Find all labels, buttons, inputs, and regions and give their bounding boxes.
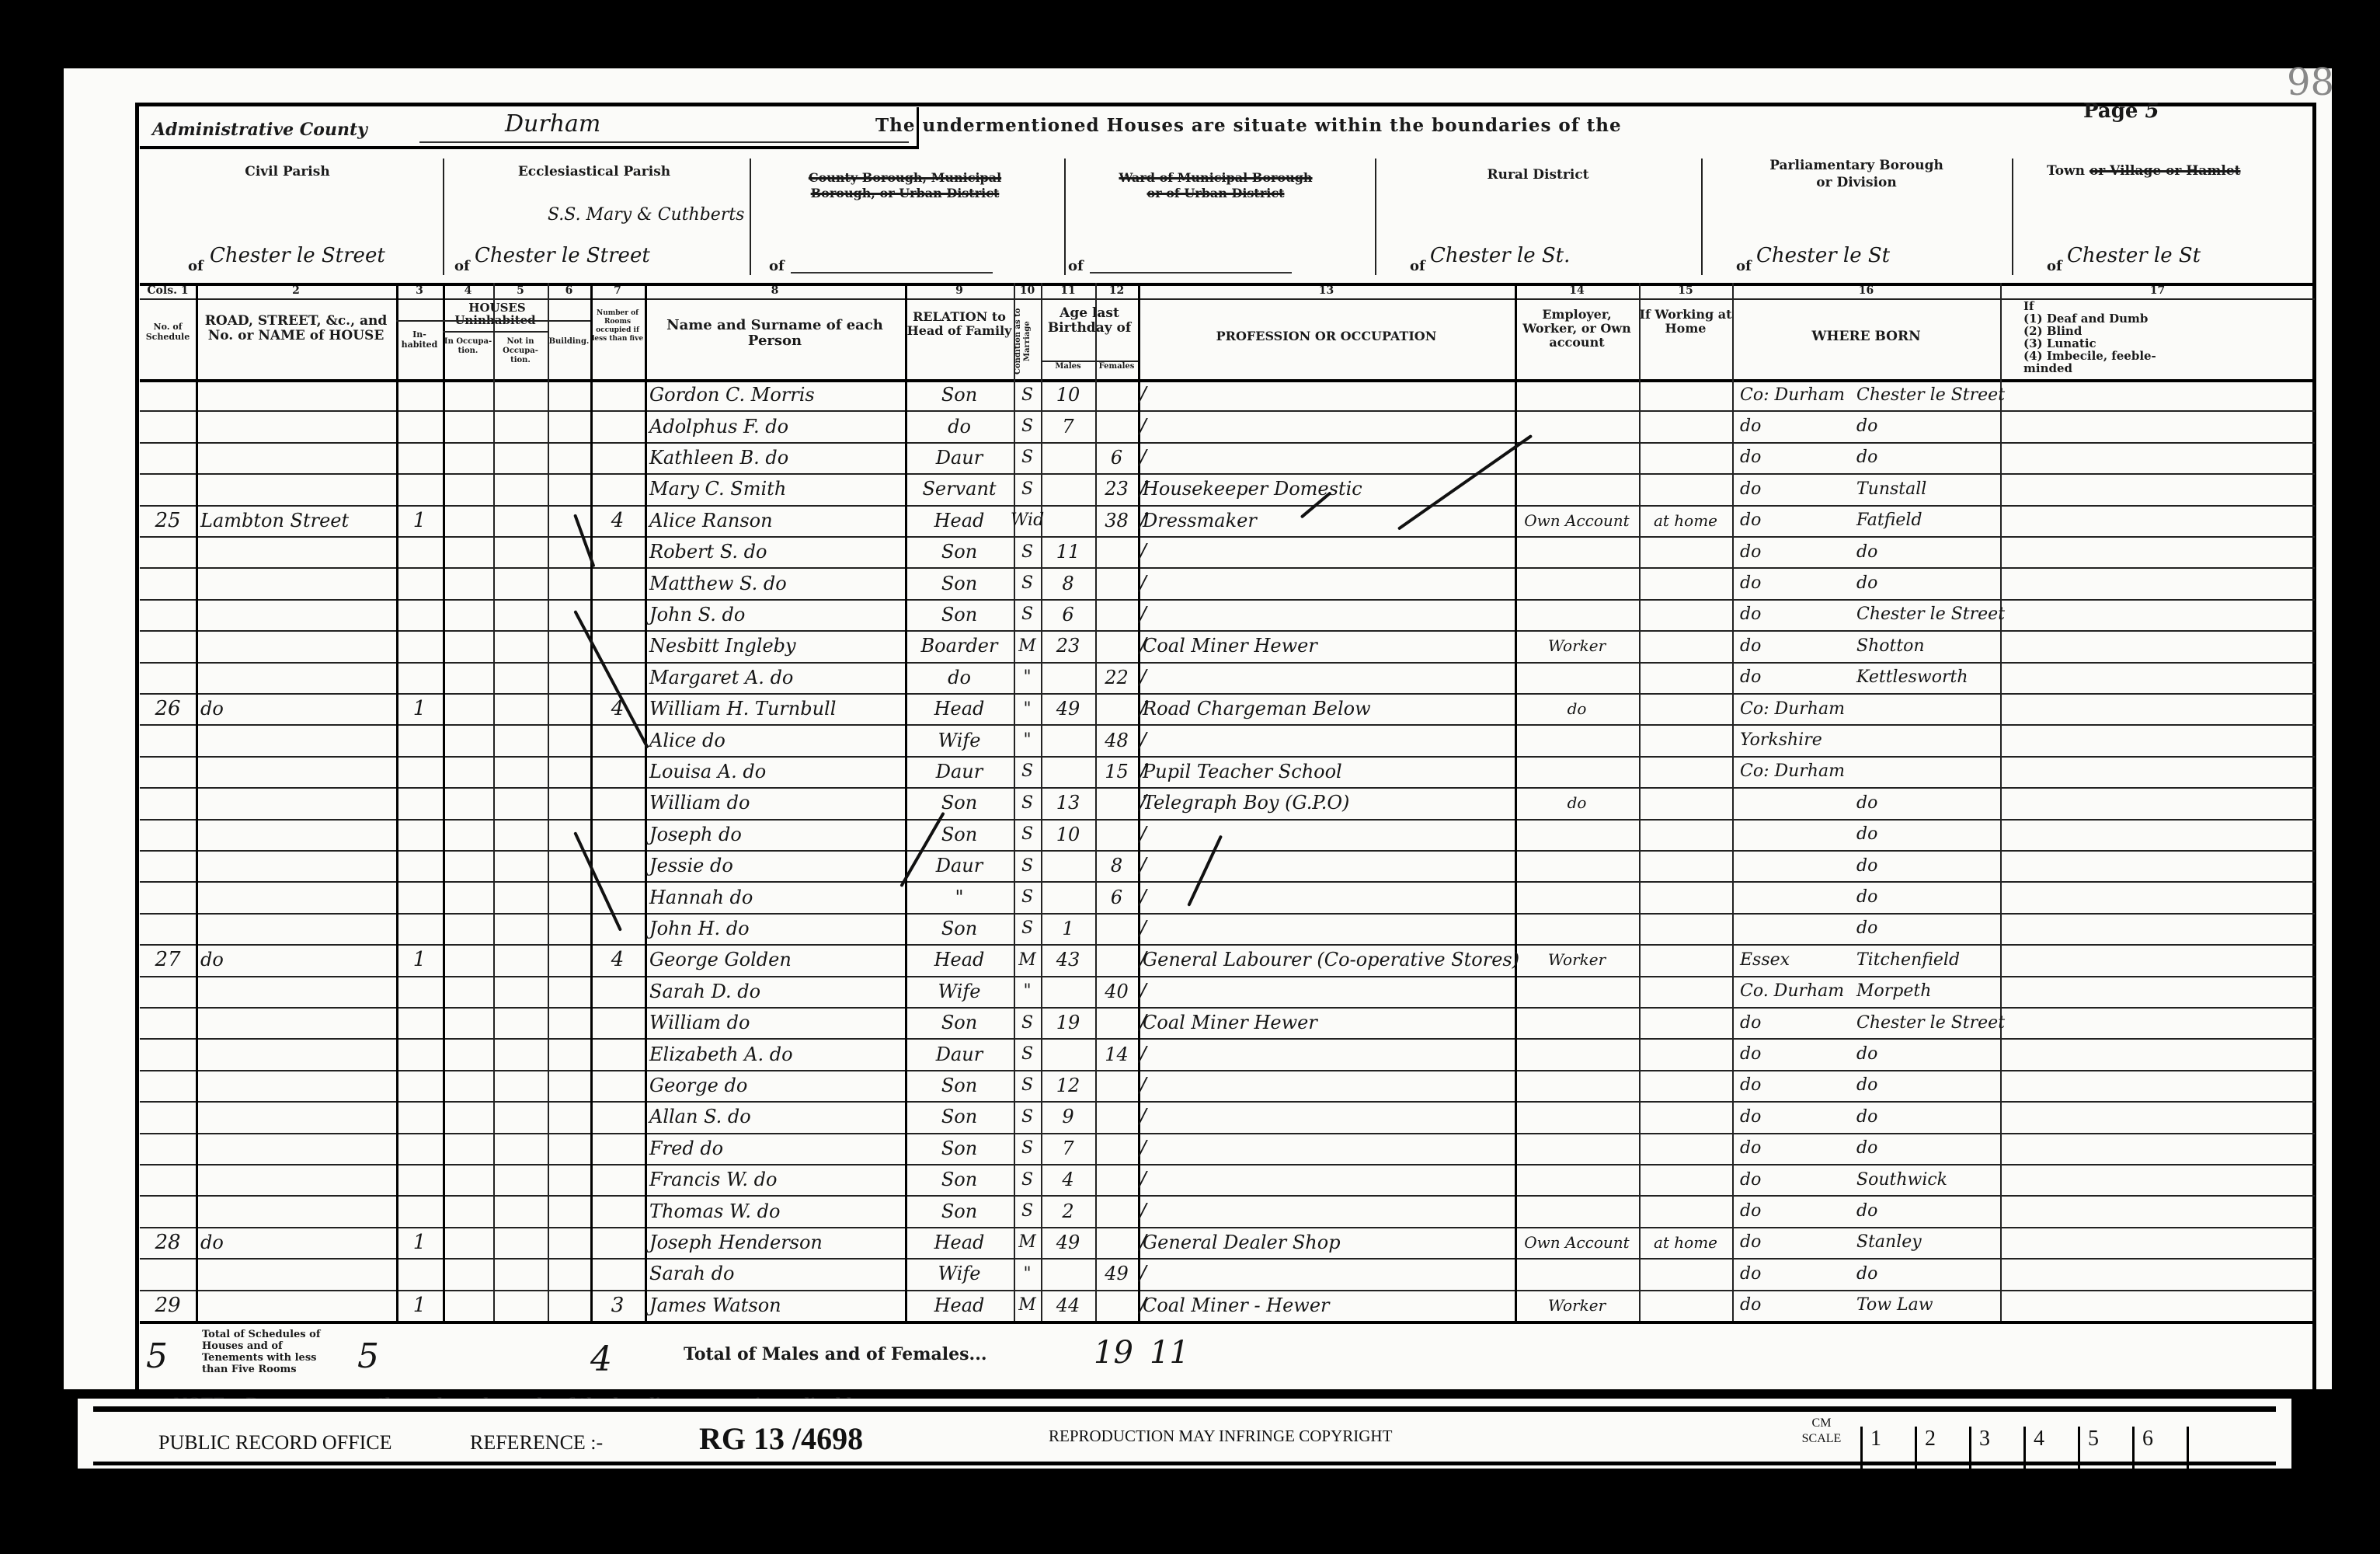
cell-name: Francis W. do [649,1164,900,1195]
cell-address [200,1133,391,1164]
cell-condition: S [1018,1195,1036,1226]
header-c10: Condition as to Marriage [1014,306,1041,376]
cell-born-county: do [1740,662,1856,693]
scale-mark: 1 [1860,1427,1915,1475]
cell-name: Alice do [649,724,900,755]
table-row: Francis W. doSonS4/doSouthwick [140,1164,2315,1195]
table-row: Mary C. SmithServantS23Housekeeper Domes… [140,473,2315,504]
cell-age-m [1046,442,1091,473]
cell-condition: S [1018,473,1036,504]
cell-inhabited [401,567,438,598]
tick-mark: / [1140,881,1150,912]
cell-address [200,976,391,1007]
cell-at-home [1644,693,1728,724]
cell-schedule [144,1133,191,1164]
females-total: 11 [1150,1335,1189,1371]
cell-age-f: 6 [1100,881,1133,912]
cell-born-place: do [1856,567,2004,598]
cell-schedule [144,724,191,755]
header-c13: PROFESSION OR OCCUPATION [1138,329,1515,343]
cell-address: Lambton Street [200,505,391,536]
cell-name: Margaret A. do [649,662,900,693]
cell-address [200,756,391,787]
cell-condition: S [1018,536,1036,567]
cell-at-home [1644,442,1728,473]
table-row: 27do14George GoldenHeadM43General Labour… [140,944,2315,975]
cell-inhabited [401,536,438,567]
cell-born-place: do [1856,881,2004,912]
tick-mark: / [1140,850,1150,881]
cell-age-f [1100,1133,1133,1164]
cell-condition: S [1018,787,1036,818]
page-number-label: Page [2083,99,2138,123]
cell-born-place: Tunstall [1856,473,2004,504]
cell-age-f [1100,819,1133,850]
cell-at-home [1644,1007,1728,1038]
cell-inhabited [401,1258,438,1289]
cell-born-place: do [1856,442,2004,473]
cell-condition: Wid [1018,505,1036,536]
cell-born-county: do [1740,1164,1856,1195]
cell-condition: " [1018,1258,1036,1289]
cell-condition: S [1018,756,1036,787]
cell-born-county: do [1740,1070,1856,1101]
cell-at-home: at home [1644,505,1728,536]
cell-age-f: 48 [1100,724,1133,755]
cell-occupation [1143,599,1510,630]
cell-relation: Daur [910,442,1009,473]
cell-born-county: do [1740,473,1856,504]
admin-county-value: Durham [505,110,600,138]
cell-name: Alice Ranson [649,505,900,536]
cell-address [200,410,391,441]
header-c8: Name and Surname of each Person [645,318,905,349]
tick-mark: / [1140,505,1150,536]
cell-rooms: 4 [595,505,640,536]
cell-age-m [1046,1258,1091,1289]
footer-copyright: REPRODUCTION MAY INFRINGE COPYRIGHT [1049,1427,1392,1446]
cell-schedule [144,881,191,912]
cell-condition: S [1018,1133,1036,1164]
cell-age-m: 19 [1046,1007,1091,1038]
cell-name: Sarah D. do [649,976,900,1007]
ecclesiastical-parish-field: Ecclesiastical Parish S.S. Mary & Cuthbe… [447,149,742,283]
cell-born-county: Essex [1740,944,1856,975]
column-number: 16 [1732,284,2000,297]
cell-schedule [144,630,191,661]
header-c5: Not in Occupa-tion. [493,337,548,365]
cell-born-county: do [1740,410,1856,441]
cell-condition: S [1018,599,1036,630]
tick-mark: / [1140,756,1150,787]
tick-mark: / [1140,473,1150,504]
cell-age-m: 7 [1046,1133,1091,1164]
cell-age-m: 10 [1046,379,1091,410]
tick-mark: / [1140,913,1150,944]
cell-address [200,1070,391,1101]
table-row: Adolphus F. dodoS7/dodo [140,410,2315,441]
cell-rooms [595,442,640,473]
cell-employer: Worker [1519,1290,1634,1321]
cell-at-home [1644,536,1728,567]
cell-name: Sarah do [649,1258,900,1289]
cell-age-m [1046,473,1091,504]
cell-born-place [1856,756,2004,787]
cell-schedule [144,1195,191,1226]
cell-employer [1519,724,1634,755]
table-row: George doSonS12/dodo [140,1070,2315,1101]
cell-condition: S [1018,1007,1036,1038]
cell-born-county: Co: Durham [1740,379,1856,410]
folio-stamp: 98 [2287,61,2334,104]
cell-age-m [1046,756,1091,787]
header-c11_12: Age last Birthday of [1041,306,1138,336]
column-number: 5 [493,284,548,297]
rule-line [140,283,2315,286]
tick-mark: / [1140,599,1150,630]
cell-address [200,442,391,473]
cell-age-m: 10 [1046,819,1091,850]
cell-employer [1519,567,1634,598]
cell-condition: " [1018,693,1036,724]
persons-total-label: Total of Males and of Females... [684,1344,987,1364]
cell-occupation [1143,1101,1510,1132]
cell-at-home [1644,1133,1728,1164]
county-borough-field: County Borough, Municipal Borough, or Ur… [753,149,1056,283]
cell-rooms [595,536,640,567]
cell-occupation: Dressmaker [1143,505,1510,536]
cell-relation: Daur [910,1038,1009,1069]
cell-relation: Daur [910,756,1009,787]
cell-occupation [1143,724,1510,755]
column-number: 6 [548,284,590,297]
cell-employer [1519,913,1634,944]
cell-address [200,379,391,410]
cell-occupation [1143,819,1510,850]
cell-at-home [1644,913,1728,944]
cell-condition: S [1018,819,1036,850]
cell-rooms [595,819,640,850]
table-row: William doSonS19Coal Miner Hewer/doChest… [140,1007,2315,1038]
cell-inhabited [401,599,438,630]
cell-inhabited [401,850,438,881]
cell-name: William do [649,787,900,818]
column-number: 4 [443,284,493,297]
cell-inhabited [401,662,438,693]
cell-relation: Boarder [910,630,1009,661]
inhabited-total: 5 [357,1336,379,1376]
cell-occupation [1143,1195,1510,1226]
cell-occupation [1143,442,1510,473]
cell-inhabited: 1 [401,693,438,724]
cell-born-county [1740,819,1856,850]
cell-relation: Servant [910,473,1009,504]
cell-inhabited [401,1007,438,1038]
cell-inhabited [401,1038,438,1069]
tick-mark: / [1140,787,1150,818]
cell-occupation: Road Chargeman Below [1143,693,1510,724]
scale-mark: 6 [2132,1427,2187,1475]
cell-at-home [1644,1038,1728,1069]
cell-age-f [1100,536,1133,567]
cell-address [200,1038,391,1069]
cell-rooms [595,756,640,787]
cell-born-place [1856,693,2004,724]
cell-inhabited [401,442,438,473]
header-c14: Employer, Worker, or Own account [1515,308,1639,350]
cell-age-m: 13 [1046,787,1091,818]
cell-relation: Son [910,599,1009,630]
cell-name: George Golden [649,944,900,975]
cell-name: Kathleen B. do [649,442,900,473]
tick-mark: / [1140,442,1150,473]
cell-rooms [595,599,640,630]
cell-schedule [144,1038,191,1069]
cell-schedule [144,756,191,787]
cell-occupation [1143,913,1510,944]
cell-born-county: do [1740,442,1856,473]
cell-relation: Son [910,787,1009,818]
cell-age-m: 2 [1046,1195,1091,1226]
cell-at-home [1644,1101,1728,1132]
cell-employer [1519,1070,1634,1101]
cell-at-home [1644,944,1728,975]
column-number: 3 [396,284,443,297]
cell-inhabited [401,976,438,1007]
cell-age-f [1100,410,1133,441]
column-number: 9 [905,284,1014,297]
tick-mark: / [1140,630,1150,661]
cell-born-county [1740,787,1856,818]
cell-relation: Son [910,567,1009,598]
cell-schedule [144,1007,191,1038]
civil-parish-value: Chester le Street [210,244,385,267]
header-c1: No. of Schedule [140,322,196,342]
cell-address [200,787,391,818]
cell-age-m: 1 [1046,913,1091,944]
schedules-total-label: Total of Schedules of Houses and of Tene… [202,1329,326,1375]
header-c4: In Occupa-tion. [443,337,493,356]
cell-age-f: 6 [1100,442,1133,473]
admin-county-label: Administrative County [152,120,367,140]
column-number: 7 [590,284,645,297]
cell-age-f: 49 [1100,1258,1133,1289]
cell-name: John S. do [649,599,900,630]
cell-schedule [144,819,191,850]
cell-age-f [1100,944,1133,975]
cell-name: James Watson [649,1290,900,1321]
rule-line [396,320,590,322]
cell-employer [1519,599,1634,630]
cell-born-place: Shotton [1856,630,2004,661]
cell-employer [1519,1007,1634,1038]
cell-age-m: 6 [1046,599,1091,630]
cell-at-home [1644,630,1728,661]
table-row: John H. doSonS1/do [140,913,2315,944]
cell-name: Matthew S. do [649,567,900,598]
cell-age-m: 49 [1046,693,1091,724]
cell-address [200,881,391,912]
cell-employer: do [1519,693,1634,724]
footer-office: PUBLIC RECORD OFFICE [158,1431,392,1455]
cell-born-place: do [1856,787,2004,818]
cell-schedule: 28 [144,1227,191,1258]
column-number: 8 [645,284,905,297]
cell-relation: Son [910,1007,1009,1038]
cell-born-county: do [1740,567,1856,598]
cell-occupation [1143,536,1510,567]
cell-schedule [144,1164,191,1195]
cell-employer [1519,819,1634,850]
cell-employer [1519,881,1634,912]
cell-name: Gordon C. Morris [649,379,900,410]
cell-occupation: General Labourer (Co-operative Stores) [1143,944,1510,975]
tick-mark: / [1140,1133,1150,1164]
column-number: Cols. 1 [140,284,196,297]
header-c6: Building. [548,337,590,347]
cell-relation: Wife [910,1258,1009,1289]
cell-schedule [144,567,191,598]
tick-mark: / [1140,567,1150,598]
cell-employer [1519,662,1634,693]
cell-age-f: 14 [1100,1038,1133,1069]
cell-rooms [595,787,640,818]
rooms-total: 4 [590,1340,612,1379]
cell-age-f [1100,787,1133,818]
cell-rooms [595,1133,640,1164]
cell-address: do [200,944,391,975]
cell-inhabited [401,473,438,504]
cell-inhabited: 1 [401,944,438,975]
cell-employer [1519,1195,1634,1226]
cell-age-m: 12 [1046,1070,1091,1101]
cell-age-m: 23 [1046,630,1091,661]
cell-occupation [1143,850,1510,881]
cell-condition: " [1018,724,1036,755]
cell-name: Robert S. do [649,536,900,567]
ecclesiastical-parish-line1: S.S. Mary & Cuthberts [548,205,744,225]
cell-employer: Worker [1519,944,1634,975]
table-row: Alice doWife"48/Yorkshire [140,724,2315,755]
cell-at-home [1644,410,1728,441]
cell-born-place [1856,724,2004,755]
cell-address [200,724,391,755]
cell-age-f [1100,1007,1133,1038]
cell-born-place: Titchenfield [1856,944,2004,975]
header-c9: RELATION to Head of Family [905,310,1014,338]
cell-born-place: do [1856,410,2004,441]
scale-mark: 3 [1969,1427,2023,1475]
cell-address [200,473,391,504]
cell-age-f [1100,913,1133,944]
cell-relation: Son [910,1101,1009,1132]
cell-relation: Head [910,1290,1009,1321]
cell-address [200,1195,391,1226]
cell-at-home [1644,473,1728,504]
boundaries-row: Civil Parish of Chester le Street Eccles… [140,149,2315,283]
tick-mark: / [1140,379,1150,410]
cell-condition: S [1018,1070,1036,1101]
cell-occupation [1143,567,1510,598]
cell-age-f: 15 [1100,756,1133,787]
column-number: 12 [1095,284,1138,297]
ecclesiastical-parish-label: Ecclesiastical Parish [447,165,742,179]
cell-address: do [200,693,391,724]
cell-inhabited [401,819,438,850]
cell-inhabited [401,379,438,410]
cell-address [200,819,391,850]
cell-age-f: 40 [1100,976,1133,1007]
cell-age-m [1046,976,1091,1007]
column-number: 14 [1515,284,1639,297]
cell-at-home [1644,787,1728,818]
cell-relation: Son [910,1195,1009,1226]
cell-age-m: 9 [1046,1101,1091,1132]
cell-relation: " [910,881,1009,912]
cell-condition: S [1018,913,1036,944]
table-row: Fred doSonS7/dodo [140,1133,2315,1164]
cell-schedule: 27 [144,944,191,975]
table-row: Nesbitt InglebyBoarderM23Coal Miner Hewe… [140,630,2315,661]
cell-relation: Wife [910,724,1009,755]
cell-address [200,1258,391,1289]
table-row: John S. doSonS6/doChester le Street [140,599,2315,630]
cell-condition: S [1018,1164,1036,1195]
cell-name: William do [649,1007,900,1038]
header-c11: Males [1041,362,1095,371]
cell-occupation [1143,1070,1510,1101]
table-row: Gordon C. MorrisSonS10/Co: DurhamChester… [140,379,2315,410]
cell-born-place: do [1856,1258,2004,1289]
cell-inhabited: 1 [401,505,438,536]
cell-schedule [144,473,191,504]
totals-row: 5 Total of Schedules of Houses and of Te… [140,1321,2315,1392]
census-table: Cols. 1234567891011121314151617No. of Sc… [140,283,2315,1324]
table-row: Sarah D. doWife"40/Co. DurhamMorpeth [140,976,2315,1007]
table-row: 28do1Joseph HendersonHeadM49General Deal… [140,1227,2315,1258]
cell-address [200,913,391,944]
cell-inhabited [401,787,438,818]
cell-born-place: do [1856,850,2004,881]
cell-born-place: Stanley [1856,1227,2004,1258]
cell-born-county: do [1740,630,1856,661]
cell-born-place: Tow Law [1856,1290,2004,1321]
cell-address [200,1101,391,1132]
cell-schedule: 26 [144,693,191,724]
cell-schedule [144,536,191,567]
scale-mark: 2 [1915,1427,1969,1475]
cell-at-home [1644,1070,1728,1101]
cell-rooms [595,1227,640,1258]
cell-relation: do [910,410,1009,441]
cell-age-f [1100,1101,1133,1132]
cell-at-home [1644,881,1728,912]
cell-address [200,567,391,598]
cell-schedule [144,787,191,818]
cell-age-m: 43 [1046,944,1091,975]
cell-rooms [595,379,640,410]
table-row: Joseph doSonS10/do [140,819,2315,850]
cell-relation: do [910,662,1009,693]
cell-employer [1519,536,1634,567]
cell-name: Hannah do [649,881,900,912]
column-number: 17 [2000,284,2315,297]
tick-mark: / [1140,1070,1150,1101]
cell-rooms [595,473,640,504]
cell-relation: Daur [910,850,1009,881]
cell-name: John H. do [649,913,900,944]
cell-rooms [595,850,640,881]
